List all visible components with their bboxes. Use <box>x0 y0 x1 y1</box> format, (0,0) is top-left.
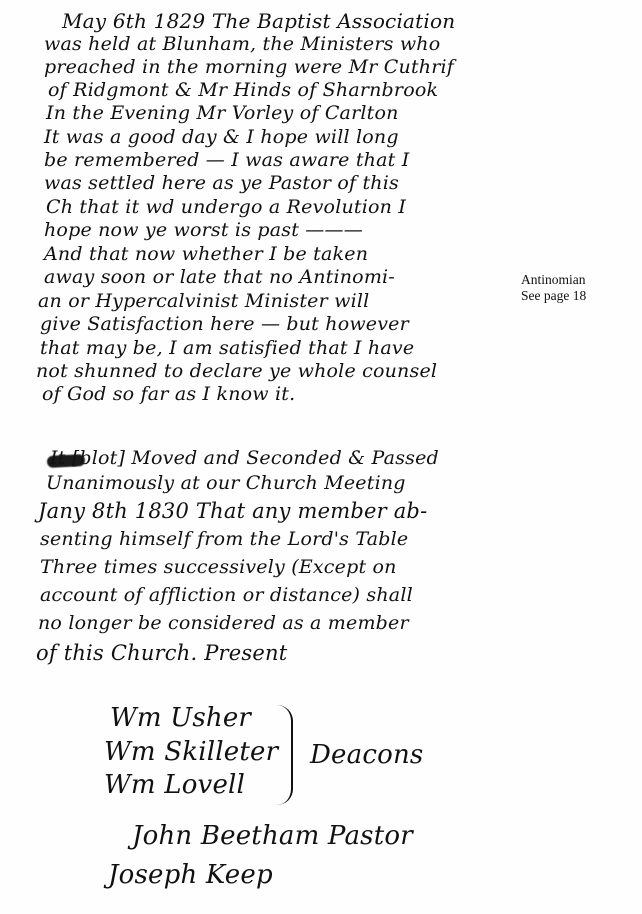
entry-1-line: an or Hypercalvinist Minister will <box>38 290 369 312</box>
entry-1-line: Ch that it wd undergo a Revolution I <box>46 196 406 218</box>
entry-1-line: of Ridgmont & Mr Hinds of Sharnbrook <box>48 79 438 101</box>
signature-pastor: John Beetham Pastor <box>132 821 413 851</box>
entry-2-line: Jany 8th 1830 That any member ab- <box>38 500 427 522</box>
entry-1-line: not shunned to declare ye whole counsel <box>36 360 437 382</box>
signature-deacon: Wm Usher <box>110 703 251 733</box>
entry-2-line: of this Church. Present <box>36 642 287 664</box>
entry-2-line: account of affliction or distance) shall <box>40 584 413 606</box>
entry-2-line: no longer be considered as a member <box>38 612 409 634</box>
entry-1-line: was held at Blunham, the Ministers who <box>44 33 440 55</box>
entry-1-line: May 6th 1829 The Baptist Association <box>62 10 455 32</box>
entry-1-line: preached in the morning were Mr Cuthrif <box>44 56 454 78</box>
entry-1-line: away soon or late that no Antinomi- <box>44 266 395 288</box>
entry-1-line: give Satisfaction here — but however <box>40 313 409 335</box>
margin-note-reference: See page 18 <box>521 288 586 304</box>
entry-1-line: And that now whether I be taken <box>44 243 368 265</box>
entry-2-line: Three times successively (Except on <box>40 556 397 578</box>
entry-1-line: It was a good day & I hope will long <box>44 126 399 148</box>
entry-1-line: of God so far as I know it. <box>42 383 295 405</box>
signature-deacon: Wm Skilleter <box>104 737 278 767</box>
entry-1-line: hope now ye worst is past ——— <box>44 219 363 241</box>
entry-2-line: senting himself from the Lord's Table <box>40 528 408 550</box>
deacons-brace <box>277 705 293 805</box>
entry-1-line: In the Evening Mr Vorley of Carlton <box>46 102 399 124</box>
manuscript-page: May 6th 1829 The Baptist Association was… <box>0 0 642 914</box>
entry-2-line: Unanimously at our Church Meeting <box>46 472 406 494</box>
entry-1-line: that may be, I am satisfied that I have <box>40 337 414 359</box>
entry-1-line: was settled here as ye Pastor of this <box>44 172 399 194</box>
entry-2-line: It [blot] Moved and Seconded & Passed <box>50 447 439 469</box>
entry-1-line: be remembered — I was aware that I <box>44 149 409 171</box>
signature-member: Joseph Keep <box>108 860 273 890</box>
deacons-label: Deacons <box>310 740 423 770</box>
margin-note-term: Antinomian <box>521 272 586 288</box>
signature-deacon: Wm Lovell <box>104 770 245 800</box>
